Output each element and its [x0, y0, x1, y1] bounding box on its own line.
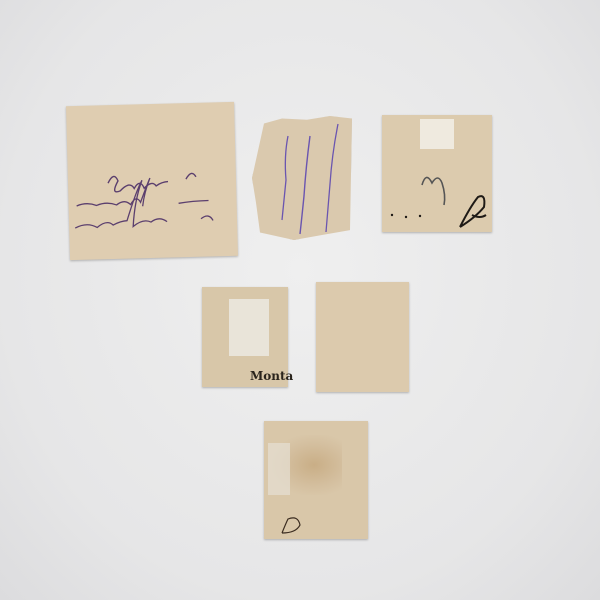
- handwriting-purple-vertical: [252, 116, 352, 240]
- fragment-large-handwritten: [66, 102, 238, 260]
- handwriting-purple: [66, 102, 238, 260]
- fragment-blank: [316, 282, 409, 392]
- fragment-stained: [264, 421, 368, 539]
- fragment-printed-text: Monta: [202, 287, 288, 387]
- paper-label-patch: [229, 299, 269, 356]
- fragment-numbered: [382, 115, 492, 232]
- printed-word: Monta: [250, 369, 293, 383]
- fragment-torn-purple-script: [252, 116, 352, 240]
- handwriting-partial: [264, 421, 368, 539]
- numeral-three: [382, 115, 492, 232]
